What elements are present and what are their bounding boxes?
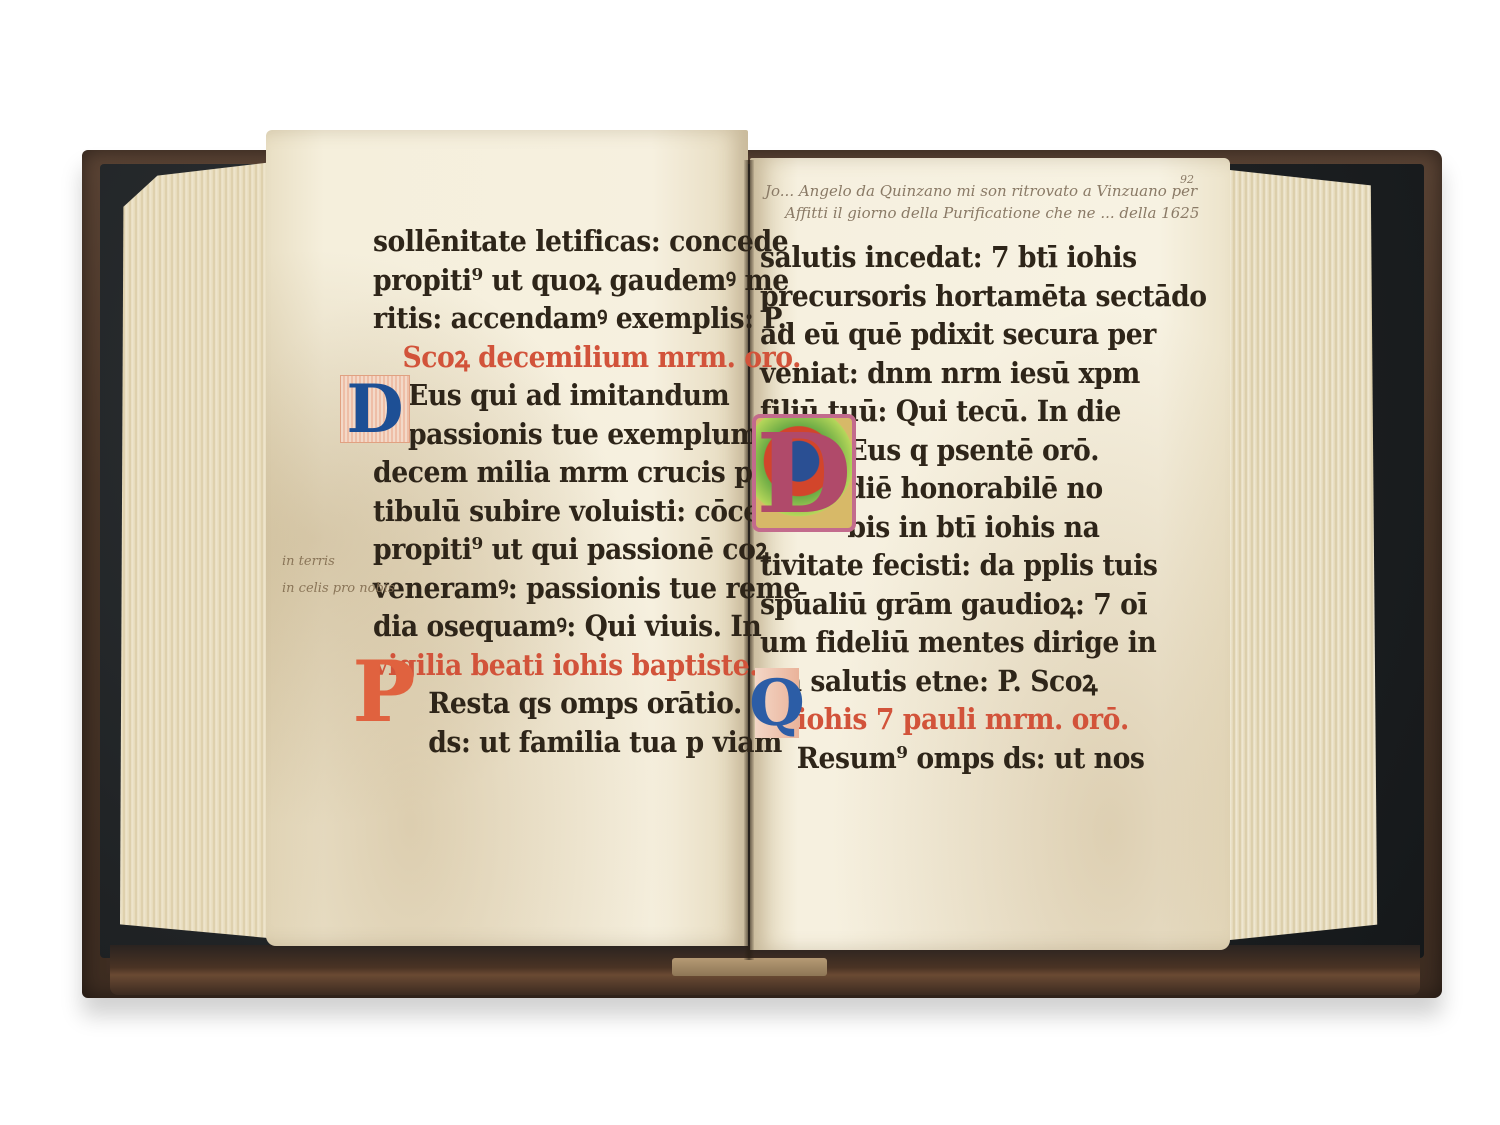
text-line: via salutis etne: P. Scoꝝ xyxy=(760,662,1091,701)
text-line: dia osequamꝰ: Qui viuis. In xyxy=(373,607,704,646)
text-line: passionis tue exemplum xyxy=(373,415,704,454)
left-page-stack xyxy=(120,160,290,940)
margin-note-line: in celis pro nobis xyxy=(282,575,395,602)
rubric-text: Scoꝝ decemilium mrm. oro. xyxy=(402,340,800,374)
rubric-line: iohis 7 pauli mrm. orō. xyxy=(760,700,1091,739)
text-line: sollēnitate letificas: concede xyxy=(373,222,704,261)
text-line: propiti⁹ ut quoꝝ gaudemꝰ me xyxy=(373,261,704,300)
text-line: propiti⁹ ut qui passionē coꝝ xyxy=(373,530,704,569)
text-line: veneramꝰ: passionis tue reme xyxy=(373,569,704,608)
inscription-line: Jo... Angelo da Quinzano mi son ritrovat… xyxy=(765,180,1199,202)
initial-p-red: P xyxy=(343,652,425,730)
left-page-text: sollēnitate letificas: concede propiti⁹ … xyxy=(373,222,733,761)
text-line: veniat: dnm nrm iesū xpm xyxy=(760,354,1091,393)
spine-headband xyxy=(672,958,827,976)
text-line: Resum⁹ omps ds: ut nos xyxy=(760,739,1091,778)
text-line: precursoris hortamēta sectādo xyxy=(760,277,1091,316)
margin-note-line: in terris xyxy=(282,548,395,575)
initial-q-blue: Q xyxy=(755,668,799,738)
manuscript-photo: sollēnitate letificas: concede propiti⁹ … xyxy=(0,0,1500,1125)
text-line: ad eū quē pdixit secura per xyxy=(760,315,1091,354)
inscription-line: Affitti il giorno della Purificatione ch… xyxy=(765,202,1199,224)
text-line: tivitate fecisti: da pplis tuis xyxy=(760,546,1091,585)
text-line: Eus qui ad imitandum xyxy=(373,376,704,415)
text-line: decem milia mrm crucis pa xyxy=(373,453,704,492)
initial-d-blue: D xyxy=(340,375,410,443)
right-page-stack xyxy=(1230,170,1390,940)
rubric-text: vigilia beati iohis baptiste. xyxy=(373,648,758,682)
left-margin-note: in terris in celis pro nobis xyxy=(282,548,395,602)
text-line: tibulū subire voluisti: cōcede xyxy=(373,492,704,531)
top-margin-inscription: Jo... Angelo da Quinzano mi son ritrovat… xyxy=(765,180,1199,224)
text-line: spūaliū grām gaudioꝝ: 7 oī xyxy=(760,585,1091,624)
text-line: um fideliū mentes dirige in xyxy=(760,623,1091,662)
text-line: ritis: accendamꝰ exemplis: P. xyxy=(373,299,704,338)
illuminated-initial-d: D xyxy=(752,414,856,532)
text-line: salutis incedat: 7 btī iohis xyxy=(760,238,1091,277)
rubric-text: iohis 7 pauli mrm. orō. xyxy=(797,702,1129,736)
rubric-line: Scoꝝ decemilium mrm. oro. xyxy=(373,338,704,377)
